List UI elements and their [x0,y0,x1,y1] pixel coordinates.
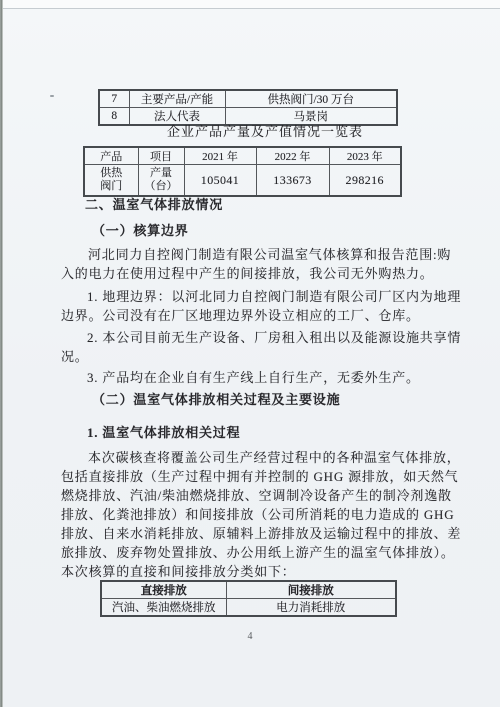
col-header-2022: 2022 年 [256,147,329,165]
heading-subsection-1: （一）核算边界 [92,220,189,239]
paragraph-line: 包括直接排放（生产过程中拥有并控制的 GHG 源排放，如天然气 [61,466,458,485]
paragraph-line: 排放、自来水消耗排放、原辅料上游排放及运输过程中的排放、差 [61,523,461,542]
table-header-row: 直接排放 间接排放 [101,581,396,599]
heading-section-2: 二、温室气体排放情况 [85,194,223,213]
paragraph-line: 本次碳核查将覆盖公司生产经营过程中的各种温室气体排放， [88,447,461,466]
cell-value-2022: 133673 [256,165,329,197]
table-row: 汽油、柴油燃烧排放 电力消耗排放 [101,599,396,617]
document-page: 7 主要产品/产能 供热阀门/30 万台 8 法人代表 马景岗 企业产品产量及产… [0,0,500,707]
paragraph-line: 旅排放、废弃物处置排放、办公用纸上游产生的温室气体排放）。 [61,542,455,561]
cell-direct-emission: 汽油、柴油燃烧排放 [101,599,226,617]
emission-classification-table: 直接排放 间接排放 汽油、柴油燃烧排放 电力消耗排放 [100,580,397,617]
paragraph-line: 本次核算的直接和间接排放分类如下： [61,561,296,580]
heading-process-1: 1. 温室气体排放相关过程 [87,422,240,441]
cell-product-line2: 阀门 [85,180,138,193]
cell-product: 供热 阀门 [84,165,138,197]
paragraph-line: 边界。公司没有在厂区地理边界外设立相应的工厂、仓库。 [61,305,420,324]
cell-item-line1: 产量 [139,167,184,180]
row-label: 主要产品/产能 [129,90,225,108]
cell-value-2023: 298216 [329,165,401,197]
scan-top-edge [0,0,500,9]
row-number: 8 [99,108,129,126]
paragraph-line: 排放、化粪池排放）和间接排放（公司所消耗的电力造成的 GHG [61,504,454,523]
col-header-direct: 直接排放 [101,581,226,599]
heading-subsection-2: （二）温室气体排放相关过程及主要设施 [92,389,340,408]
table-header-row: 产品 项目 2021 年 2022 年 2023 年 [84,147,401,165]
table-caption: 企业产品产量及产值情况一览表 [130,121,400,140]
row-value: 供热阀门/30 万台 [225,90,397,108]
paragraph-line: 3. 产品均在企业自有生产线上自行生产，无委外生产。 [87,367,420,386]
cell-item-line2: （台） [139,180,184,193]
paragraph-line: 况。 [61,346,89,365]
col-header-2023: 2023 年 [329,147,401,165]
paragraph-line: 河北同力自控阀门制造有限公司温室气体核算和报告范围:购 [88,244,451,263]
table-row: 供热 阀门 产量 （台） 105041 133673 298216 [84,165,401,197]
paragraph-line: 入的电力在使用过程中产生的间接排放，我公司无外购热力。 [61,263,434,282]
cell-value-2021: 105041 [184,165,256,197]
page-number: 4 [242,631,258,642]
cell-item: 产量 （台） [138,165,184,197]
cell-product-line1: 供热 [85,167,138,180]
table-row: 7 主要产品/产能 供热阀门/30 万台 [99,90,397,108]
paragraph-line: 1. 地理边界：以河北同力自控阀门制造有限公司厂区内为地理 [87,286,461,305]
scan-left-edge [0,0,3,707]
col-header-indirect: 间接排放 [226,581,396,599]
col-header-product: 产品 [84,147,138,165]
row-number: 7 [99,90,129,108]
cell-indirect-emission: 电力消耗排放 [226,599,396,617]
col-header-item: 项目 [138,147,184,165]
paragraph-line: 2. 本公司目前无生产设备、厂房租入租出以及能源设施共享情 [87,327,461,346]
paragraph-line: 燃烧排放、汽油/柴油燃烧排放、空调制冷设备产生的制冷剂逸散 [61,485,452,504]
col-header-2021: 2021 年 [184,147,256,165]
scan-speck [50,95,54,97]
production-table: 产品 项目 2021 年 2022 年 2023 年 供热 阀门 产量 （台） … [83,146,402,197]
